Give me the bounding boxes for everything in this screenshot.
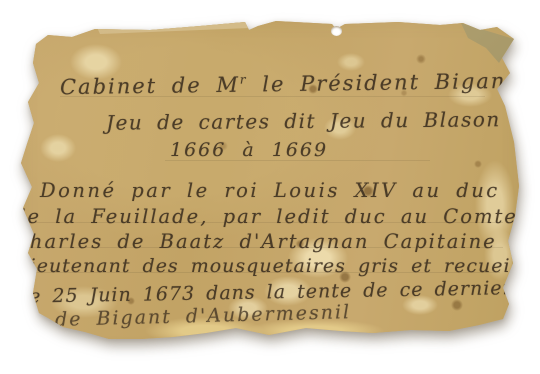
body-line-4: Lieutenant des mousquetaires gris et rec… xyxy=(16,255,532,277)
body-line-3: Charles de Baatz d'Artagnan Capitaine xyxy=(13,230,497,253)
title-line: Cabinet de Mr le Président Bigant xyxy=(60,69,517,99)
date-range-line: 1666 à 1669 xyxy=(170,139,328,161)
subtitle-line: Jeu de cartes dit Jeu du Blason xyxy=(106,107,501,134)
manuscript-paper: Cabinet de Mr le Président Bigant Jeu de… xyxy=(0,0,540,374)
body-line-2: de la Feuillade, par ledit duc au Comte xyxy=(13,205,518,228)
title-pre: Cabinet de M xyxy=(60,73,240,100)
title-superscript: r xyxy=(240,73,248,87)
paper-hole xyxy=(331,26,342,36)
photo-background: Cabinet de Mr le Président Bigant Jeu de… xyxy=(0,0,540,374)
body-line-1: Donné par le roi Louis XIV au duc xyxy=(40,179,500,202)
paper-shadow-wrap: Cabinet de Mr le Président Bigant Jeu de… xyxy=(0,0,540,374)
title-post: le Président Bigant xyxy=(247,69,516,97)
